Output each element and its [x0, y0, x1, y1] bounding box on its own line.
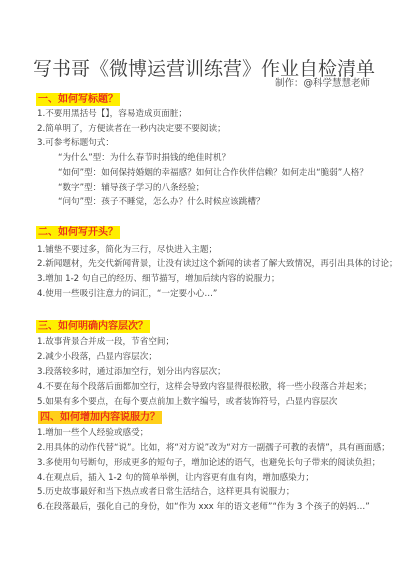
list-item: 6.在段落最后，强化自己的身份，如“作为 xxx 年的语文老师”“作为 3 个孩… [37, 501, 370, 513]
sub-list-item: “数字”型：辅导孩子学习的八条经验； [58, 182, 204, 194]
list-item: 3.多使用句号断句，形成更多的短句子，增加论述的语气，也避免长句子带来的阅读负担… [37, 457, 380, 469]
list-item: 3.可参考标题句式： [37, 137, 114, 149]
list-item: 1.不要用黑括号【】，容易造成页面脏； [37, 108, 187, 120]
list-item: 2.简单明了，方便读者在一秒内决定要不要阅读； [37, 123, 226, 135]
list-item: 1.铺垫不要过多，简化为三行，尽快进入主题； [37, 244, 217, 256]
list-item: 4.使用一些吸引注意力的词汇，“一定要小心…” [37, 288, 217, 300]
list-item: 3.段落较多时，通过添加空行，划分出内容层次； [37, 366, 226, 378]
list-item: 2.减少小段落，凸显内容层次； [37, 351, 157, 363]
section-header-1: 一、如何写标题？ [36, 93, 120, 106]
list-item: 2.用具体的动作代替“说”。比如，将“对方说”改为“对方一副孺子可教的表情”，具… [37, 442, 390, 454]
section-header-3: 三、如何明确内容层次？ [36, 320, 150, 333]
list-item: 2.新闻题材，先交代新闻背景，让没有读过这个新闻的读者了解大致情况，再引出具体的… [37, 258, 398, 270]
section-header-4: 四、如何增加内容说服力？ [38, 411, 162, 424]
sub-list-item: “为什么”型：为什么春节时捐钱的绝佳时机？ [58, 152, 230, 164]
sub-list-item: “问句”型：孩子不睡觉，怎么办？什么时候应该跳槽？ [58, 196, 265, 208]
sub-list-item: “如何”型：如何保持婚姻的幸福感？如何让合作伙伴信赖？如何走出“脆弱”人格？ [58, 167, 368, 179]
section-header-2: 二、如何写开头？ [36, 226, 120, 239]
list-item: 3.增加 1-2 句自己的经历、细节描写，增加后续内容的说服力； [37, 273, 280, 285]
list-item: 1.故事背景合并成一段，节省空间； [37, 336, 174, 348]
list-item: 5.历史故事最好和当下热点或者日常生活结合，这样更具有说服力； [37, 486, 294, 498]
list-item: 5.如果有多个要点，在每个要点前加上数字编号，或者装饰符号，凸显内容层次 [37, 396, 337, 408]
list-item: 1.增加一些个人经验或感受； [37, 427, 148, 439]
list-item: 4.不要在每个段落后面都加空行，这样会导致内容显得很松散，将一些小段落合并起来； [37, 381, 372, 393]
document-page: 写书哥《微博运营训练营》作业自检清单 制作：@科学慧慧老师 一、如何写标题？ 1… [0, 0, 408, 580]
list-item: 4.在观点后，插入 1-2 句的简单举例，让内容更有血有肉，增加感染力； [37, 472, 314, 484]
author-credit: 制作：@科学慧慧老师 [275, 75, 370, 89]
